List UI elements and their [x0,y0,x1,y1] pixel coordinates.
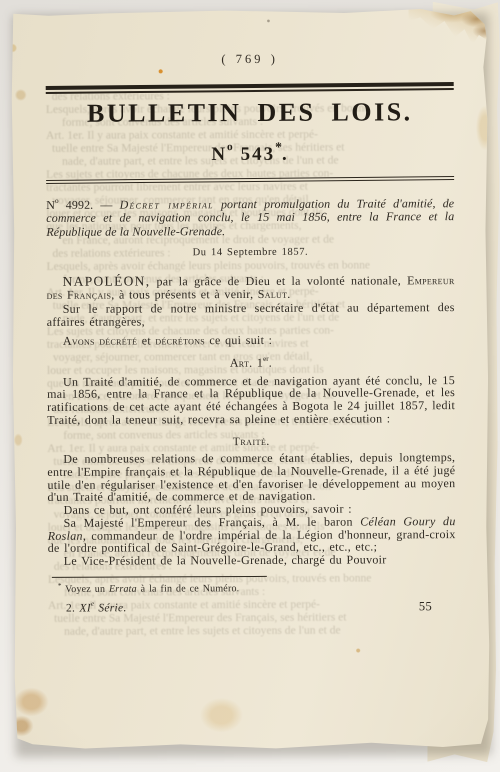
footnote: * Voyez un Errata à la fin de ce Numéro. [48,579,456,595]
footnote-rest: à la fin de ce Numéro. [137,583,240,594]
series-roman: XI [79,602,91,614]
series-number: 2. [66,602,80,614]
issue-n: N [211,144,227,165]
decree-heading: No 4992. — Décret impérial portant promu… [46,193,454,239]
footer-row: 2. XIe Série. 55 [48,597,456,615]
header-rule [46,176,454,184]
paragraph-rapport: Sur le rapport de notre ministre secréta… [47,301,455,328]
salut-smallcaps: Salut [258,286,288,300]
treaty-heading: Traité. [47,435,455,449]
document-paper: des relations extérieures :Lesquels, apr… [10,8,490,751]
decree-ref: N [46,198,55,212]
footnote-text: Voyez un [61,583,108,594]
series-word: Série. [94,602,127,614]
folio-number: 55 [419,600,432,613]
photo-backdrop: des relations extérieures :Lesquels, apr… [0,0,500,772]
decree-type: Décret impérial [120,197,214,211]
majeste-rest: , commandeur de l'ordre impérial de la L… [48,527,456,555]
footnote-rule [52,576,267,578]
paragraph-avons: Avons décrété et décrétons ce qui suit : [47,333,455,347]
decretons-smallcaps: décrétons [155,333,205,347]
masthead-title: BULLETIN DES LOIS. [46,97,454,129]
avons-rest: ce qui suit : [205,333,272,347]
issue-number: No 543*. [46,135,454,167]
decree-ref-number: 4992. [59,197,94,211]
avons-et: et [137,333,155,347]
issue-asterisk: * [275,139,282,154]
napoleon-middle: , à tous présents et à venir, [111,287,258,302]
decree-dash: — [93,197,119,211]
article-period: . [269,356,272,370]
masthead-rule [46,82,454,94]
paragraph-majeste: Sa Majesté l'Empereur des Français, à M.… [48,515,456,555]
paragraph-napoleon: NAPOLÉON, par la grâce de Dieu et la vol… [47,274,455,301]
article-label: Art. 1 [230,356,263,370]
series-label: 2. XIe Série. [66,598,127,615]
paragraph-relations: De nombreuses relations de commerce étan… [47,451,455,504]
paragraph-vice-president: Le Vice-Président de la Nouvelle-Grenade… [48,553,456,567]
napoleon-period: . [287,286,290,300]
page-number: ( 769 ) [46,52,454,66]
paragraph-article-1: Un Traité d'amitié, de commerce et de na… [47,374,455,427]
article-heading: Art. 1er. [47,352,455,370]
issue-period: . [282,143,289,164]
decree-date: Du 14 Septembre 1857. [46,246,454,260]
issue-value: 543 [233,143,275,164]
avons-smallcaps: Avons décrété [63,333,138,347]
footnote-errata: Errata [109,583,137,594]
printed-page: ( 769 ) BULLETIN DES LOIS. No 543*. No 4… [46,52,456,615]
